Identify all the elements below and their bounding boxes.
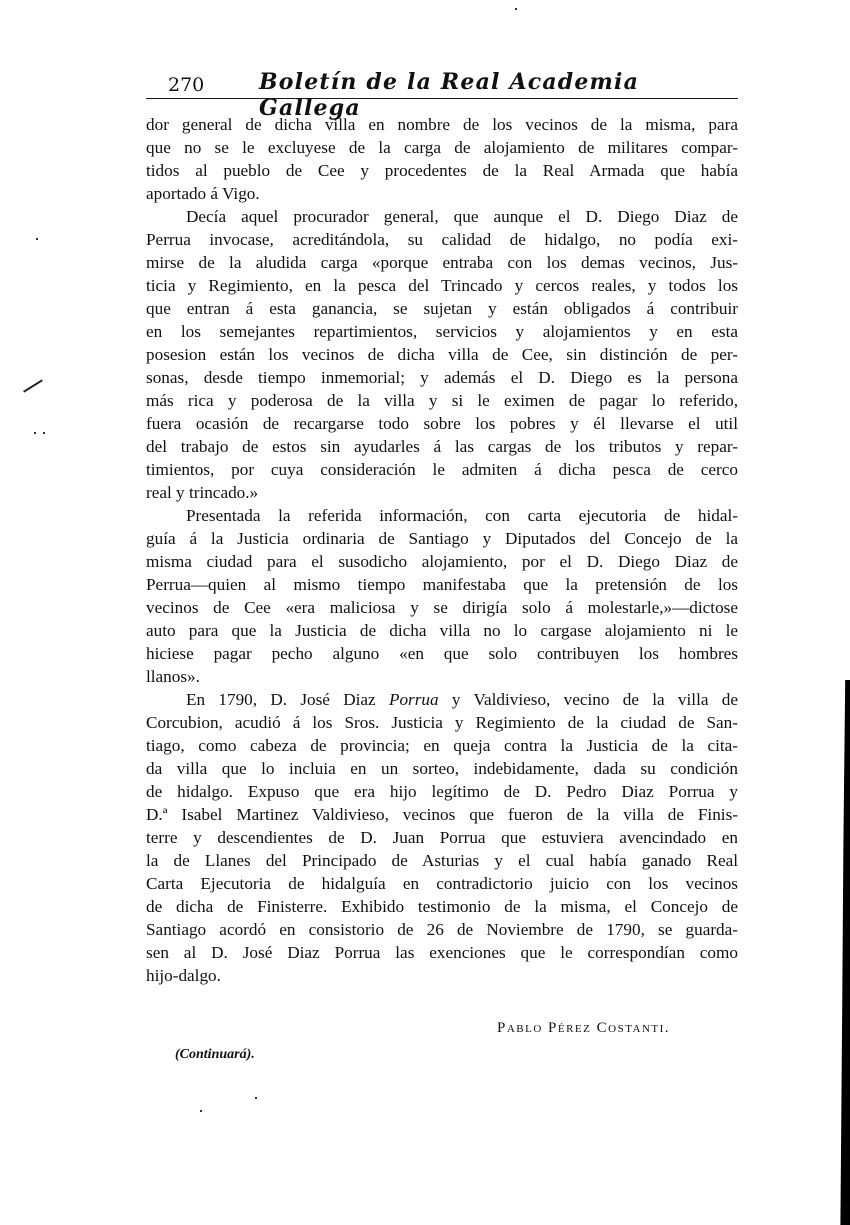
text-line: Carta Ejecutoria de hidalguía en contrad… — [146, 872, 738, 895]
text-line: auto para que la Justicia de dicha villa… — [146, 619, 738, 642]
text-line: misma ciudad para el susodicho alojamien… — [146, 550, 738, 573]
text-line: Perrua—quien al mismo tiempo manifestaba… — [146, 573, 738, 596]
text-line: En 1790, D. José Diaz Porrua y Valdivies… — [146, 688, 738, 711]
scan-speck — [255, 1097, 257, 1099]
author-signature: Pablo Pérez Costanti. — [497, 1020, 670, 1037]
continued-note: (Continuará). — [175, 1047, 255, 1063]
text-line: ticia y Regimiento, en la pesca del Trin… — [146, 274, 738, 297]
text-line: tiago, como cabeza de provincia; en quej… — [146, 734, 738, 757]
text-line: timientos, por cuya consideración le adm… — [146, 458, 738, 481]
scan-stray-mark — [23, 379, 43, 392]
text-line: de dicha de Finisterre. Exhibido testimo… — [146, 895, 738, 918]
paragraph: Decía aquel procurador general, que aunq… — [146, 205, 738, 504]
text-line: en los semejantes repartimientos, servic… — [146, 320, 738, 343]
text-line: de hidalgo. Expuso que era hijo legítimo… — [146, 780, 738, 803]
scan-speck — [36, 238, 38, 240]
text-line: Decía aquel procurador general, que aunq… — [146, 205, 738, 228]
text-line: aportado á Vigo. — [146, 182, 738, 205]
scan-speck — [200, 1110, 202, 1112]
text-line: fuera ocasión de recargarse todo sobre l… — [146, 412, 738, 435]
text-line: Perrua invocase, acreditándola, su calid… — [146, 228, 738, 251]
paragraph: dor general de dicha villa en nombre de … — [146, 113, 738, 205]
paragraph: Presentada la referida información, con … — [146, 504, 738, 688]
page-number: 270 — [168, 74, 204, 96]
text-line: hiciese pagar pecho alguno «en que solo … — [146, 642, 738, 665]
text-line: posesion están los vecinos de dicha vill… — [146, 343, 738, 366]
text-line: sen al D. José Diaz Porrua las exencione… — [146, 941, 738, 964]
text-line: que entran á esta ganancia, se sujetan y… — [146, 297, 738, 320]
italic-surname: Porrua — [389, 690, 439, 709]
text-line: Presentada la referida información, con … — [146, 504, 738, 527]
document-page: 270 Boletín de la Real Academia Gallega … — [0, 0, 850, 1225]
scan-speck — [43, 432, 45, 434]
text-line: Santiago acordó en consistorio de 26 de … — [146, 918, 738, 941]
text-line: llanos». — [146, 665, 738, 688]
text-line: vecinos de Cee «era maliciosa y se dirig… — [146, 596, 738, 619]
text-line: más rica y poderosa de la villa y si le … — [146, 389, 738, 412]
scan-speck — [34, 432, 36, 434]
text-line: que no se le excluyese de la carga de al… — [146, 136, 738, 159]
text-line: Corcubion, acudió á los Sros. Justicia y… — [146, 711, 738, 734]
text-line: da villa que lo incluia en un sorteo, in… — [146, 757, 738, 780]
text-line: D.ª Isabel Martinez Valdivieso, vecinos … — [146, 803, 738, 826]
text-line: hijo-dalgo. — [146, 964, 738, 987]
text-line: dor general de dicha villa en nombre de … — [146, 113, 738, 136]
text-line: sonas, desde tiempo inmemorial; y además… — [146, 366, 738, 389]
scan-edge-shadow — [838, 680, 850, 1225]
text-line: tidos al pueblo de Cee y procedentes de … — [146, 159, 738, 182]
text-line: terre y descendientes de D. Juan Porrua … — [146, 826, 738, 849]
article-body: dor general de dicha villa en nombre de … — [146, 113, 738, 987]
text-line: mirse de la aludida carga «porque entrab… — [146, 251, 738, 274]
text-line: guía á la Justicia ordinaria de Santiago… — [146, 527, 738, 550]
text-line: real y trincado.» — [146, 481, 738, 504]
scan-speck — [515, 8, 517, 10]
text-line: la de Llanes del Principado de Asturias … — [146, 849, 738, 872]
text-line: del trabajo de estos sin ayudarles á las… — [146, 435, 738, 458]
running-header: 270 Boletín de la Real Academia Gallega — [146, 68, 738, 99]
paragraph: En 1790, D. José Diaz Porrua y Valdivies… — [146, 688, 738, 987]
